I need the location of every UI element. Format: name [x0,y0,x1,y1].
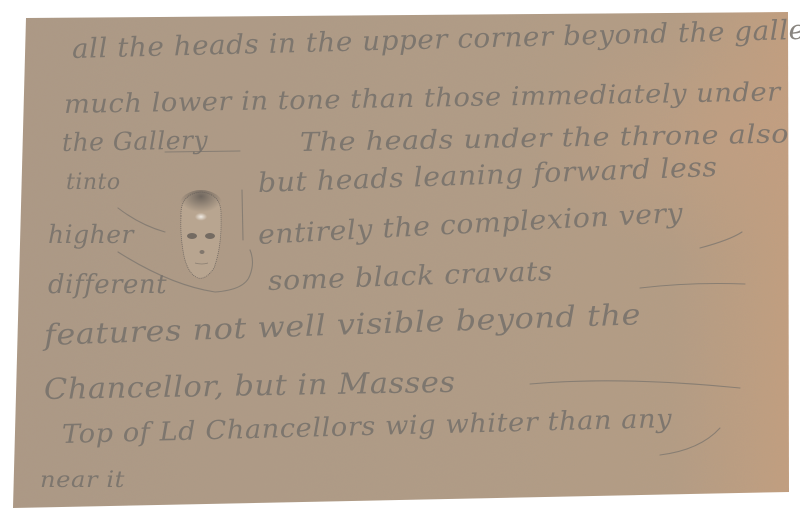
margin-note: tinto [66,170,121,195]
text-line: near it [40,468,125,493]
face-sketch [176,186,226,286]
text-line: Chancellor, but in Masses [44,365,456,406]
margin-note: higher [48,220,134,249]
text-line: the Gallery [62,125,209,157]
margin-note: different [48,270,167,300]
manuscript-page: all the heads in the upper corner beyond… [0,0,800,519]
